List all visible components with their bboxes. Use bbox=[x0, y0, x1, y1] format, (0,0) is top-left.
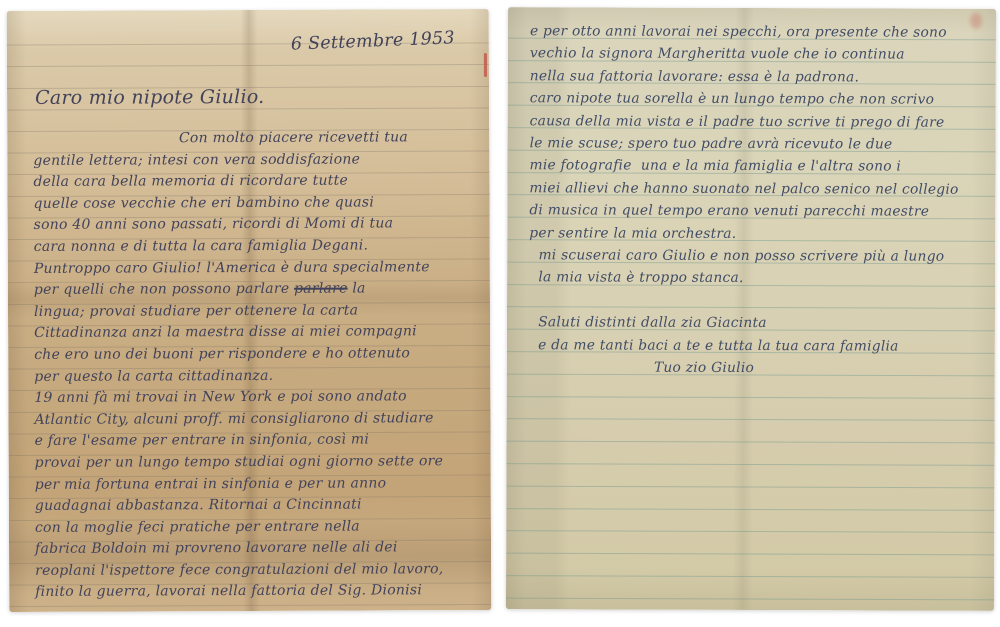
handwritten-line: e per otto anni lavorai nei specchi, ora… bbox=[530, 20, 992, 44]
handwritten-line: che ero uno dei buoni per rispondere e h… bbox=[34, 343, 486, 367]
handwritten-line: lingua; provai studiare per ottenere la … bbox=[34, 300, 486, 324]
handwritten-line: per mia fortuna entrai in sinfonia e per… bbox=[35, 472, 487, 496]
handwritten-line: caro nipote tua sorella è un lungo tempo… bbox=[530, 87, 992, 111]
handwritten-line: quelle cose vecchie che eri bambino che … bbox=[33, 192, 485, 216]
handwritten-line: nella sua fattoria lavorare: essa è la p… bbox=[530, 65, 992, 89]
handwritten-line: guadagnai abbastanza. Ritornai a Cincinn… bbox=[35, 494, 487, 518]
handwritten-line: causa della mia vista e il padre tuo scr… bbox=[530, 110, 992, 134]
letter-photo: 6 Settembre 1953 Caro mio nipote Giulio.… bbox=[0, 0, 1000, 627]
struck-word: parlare bbox=[294, 281, 348, 297]
letter-body-page-2: e per otto anni lavorai nei specchi, ora… bbox=[529, 20, 992, 380]
text-segment: per quelli che non possono parlare bbox=[34, 281, 294, 298]
handwritten-line: miei allievi che hanno suonato nel palco… bbox=[529, 177, 991, 201]
handwritten-line: Cittadinanza anzi la maestra disse ai mi… bbox=[34, 321, 486, 345]
handwritten-line: mi scuserai caro Giulio e non posso scri… bbox=[529, 244, 991, 268]
handwritten-line: Tuo zio Giulio bbox=[529, 356, 991, 380]
handwritten-line: e fare l'esame per entrare in sinfonia, … bbox=[35, 429, 487, 453]
handwritten-line: la mia vista è troppo stanca. bbox=[529, 267, 991, 291]
letter-page-2: e per otto anni lavorai nei specchi, ora… bbox=[506, 7, 996, 611]
handwritten-line: provai per un lungo tempo studiai ogni g… bbox=[35, 451, 487, 475]
letter-page-1: 6 Settembre 1953 Caro mio nipote Giulio.… bbox=[7, 9, 492, 612]
handwritten-line bbox=[529, 289, 991, 313]
handwritten-line: Atlantic City, alcuni proff. mi consigli… bbox=[34, 408, 486, 432]
handwritten-line: gentile lettera; intesi con vera soddisf… bbox=[33, 149, 485, 173]
handwritten-line: mie fotografie una e la mia famiglia e l… bbox=[529, 155, 991, 179]
handwritten-line: di musica in quel tempo erano venuti par… bbox=[529, 199, 991, 223]
handwritten-line: finito la guerra, lavorai nella fattoria… bbox=[35, 580, 487, 604]
handwritten-line: per questo la carta cittadinanza. bbox=[34, 364, 486, 388]
handwritten-line: 19 anni fà mi trovai in New York e poi s… bbox=[34, 386, 486, 410]
handwritten-line: Con molto piacere ricevetti tua bbox=[33, 127, 485, 151]
handwritten-line: e da me tanti baci a te e tutta la tua c… bbox=[529, 334, 991, 358]
handwritten-line: fabrica Boldoin mi provreno lavorare nel… bbox=[35, 537, 487, 561]
handwritten-line: Saluti distinti dalla zia Giacinta bbox=[529, 311, 991, 335]
handwritten-line: le mie scuse; spero tuo padre avrà ricev… bbox=[530, 132, 992, 156]
red-ink-smudge bbox=[970, 13, 982, 29]
letter-salutation: Caro mio nipote Giulio. bbox=[35, 86, 264, 109]
handwritten-line: reoplani l'ispettore fece congratulazion… bbox=[35, 559, 487, 583]
handwritten-line: Puntroppo caro Giulio! l'America è dura … bbox=[34, 257, 486, 281]
handwritten-line: vechio la signora Margheritta vuole che … bbox=[530, 43, 992, 67]
text-segment: la bbox=[348, 281, 366, 297]
handwritten-line: della cara bella memoria di ricordare tu… bbox=[33, 170, 485, 194]
letter-body-page-1: Con molto piacere ricevetti tuagentile l… bbox=[33, 127, 487, 604]
handwritten-line: sono 40 anni sono passati, ricordi di Mo… bbox=[34, 213, 486, 237]
handwritten-line: per quelli che non possono parlare parla… bbox=[34, 278, 486, 302]
red-ink-mark bbox=[484, 53, 487, 77]
handwritten-line: con la moglie feci pratiche per entrare … bbox=[35, 516, 487, 540]
handwritten-line: cara nonna e di tutta la cara famiglia D… bbox=[34, 235, 486, 259]
letter-date: 6 Settembre 1953 bbox=[290, 28, 455, 54]
handwritten-line: per sentire la mia orchestra. bbox=[529, 222, 991, 246]
